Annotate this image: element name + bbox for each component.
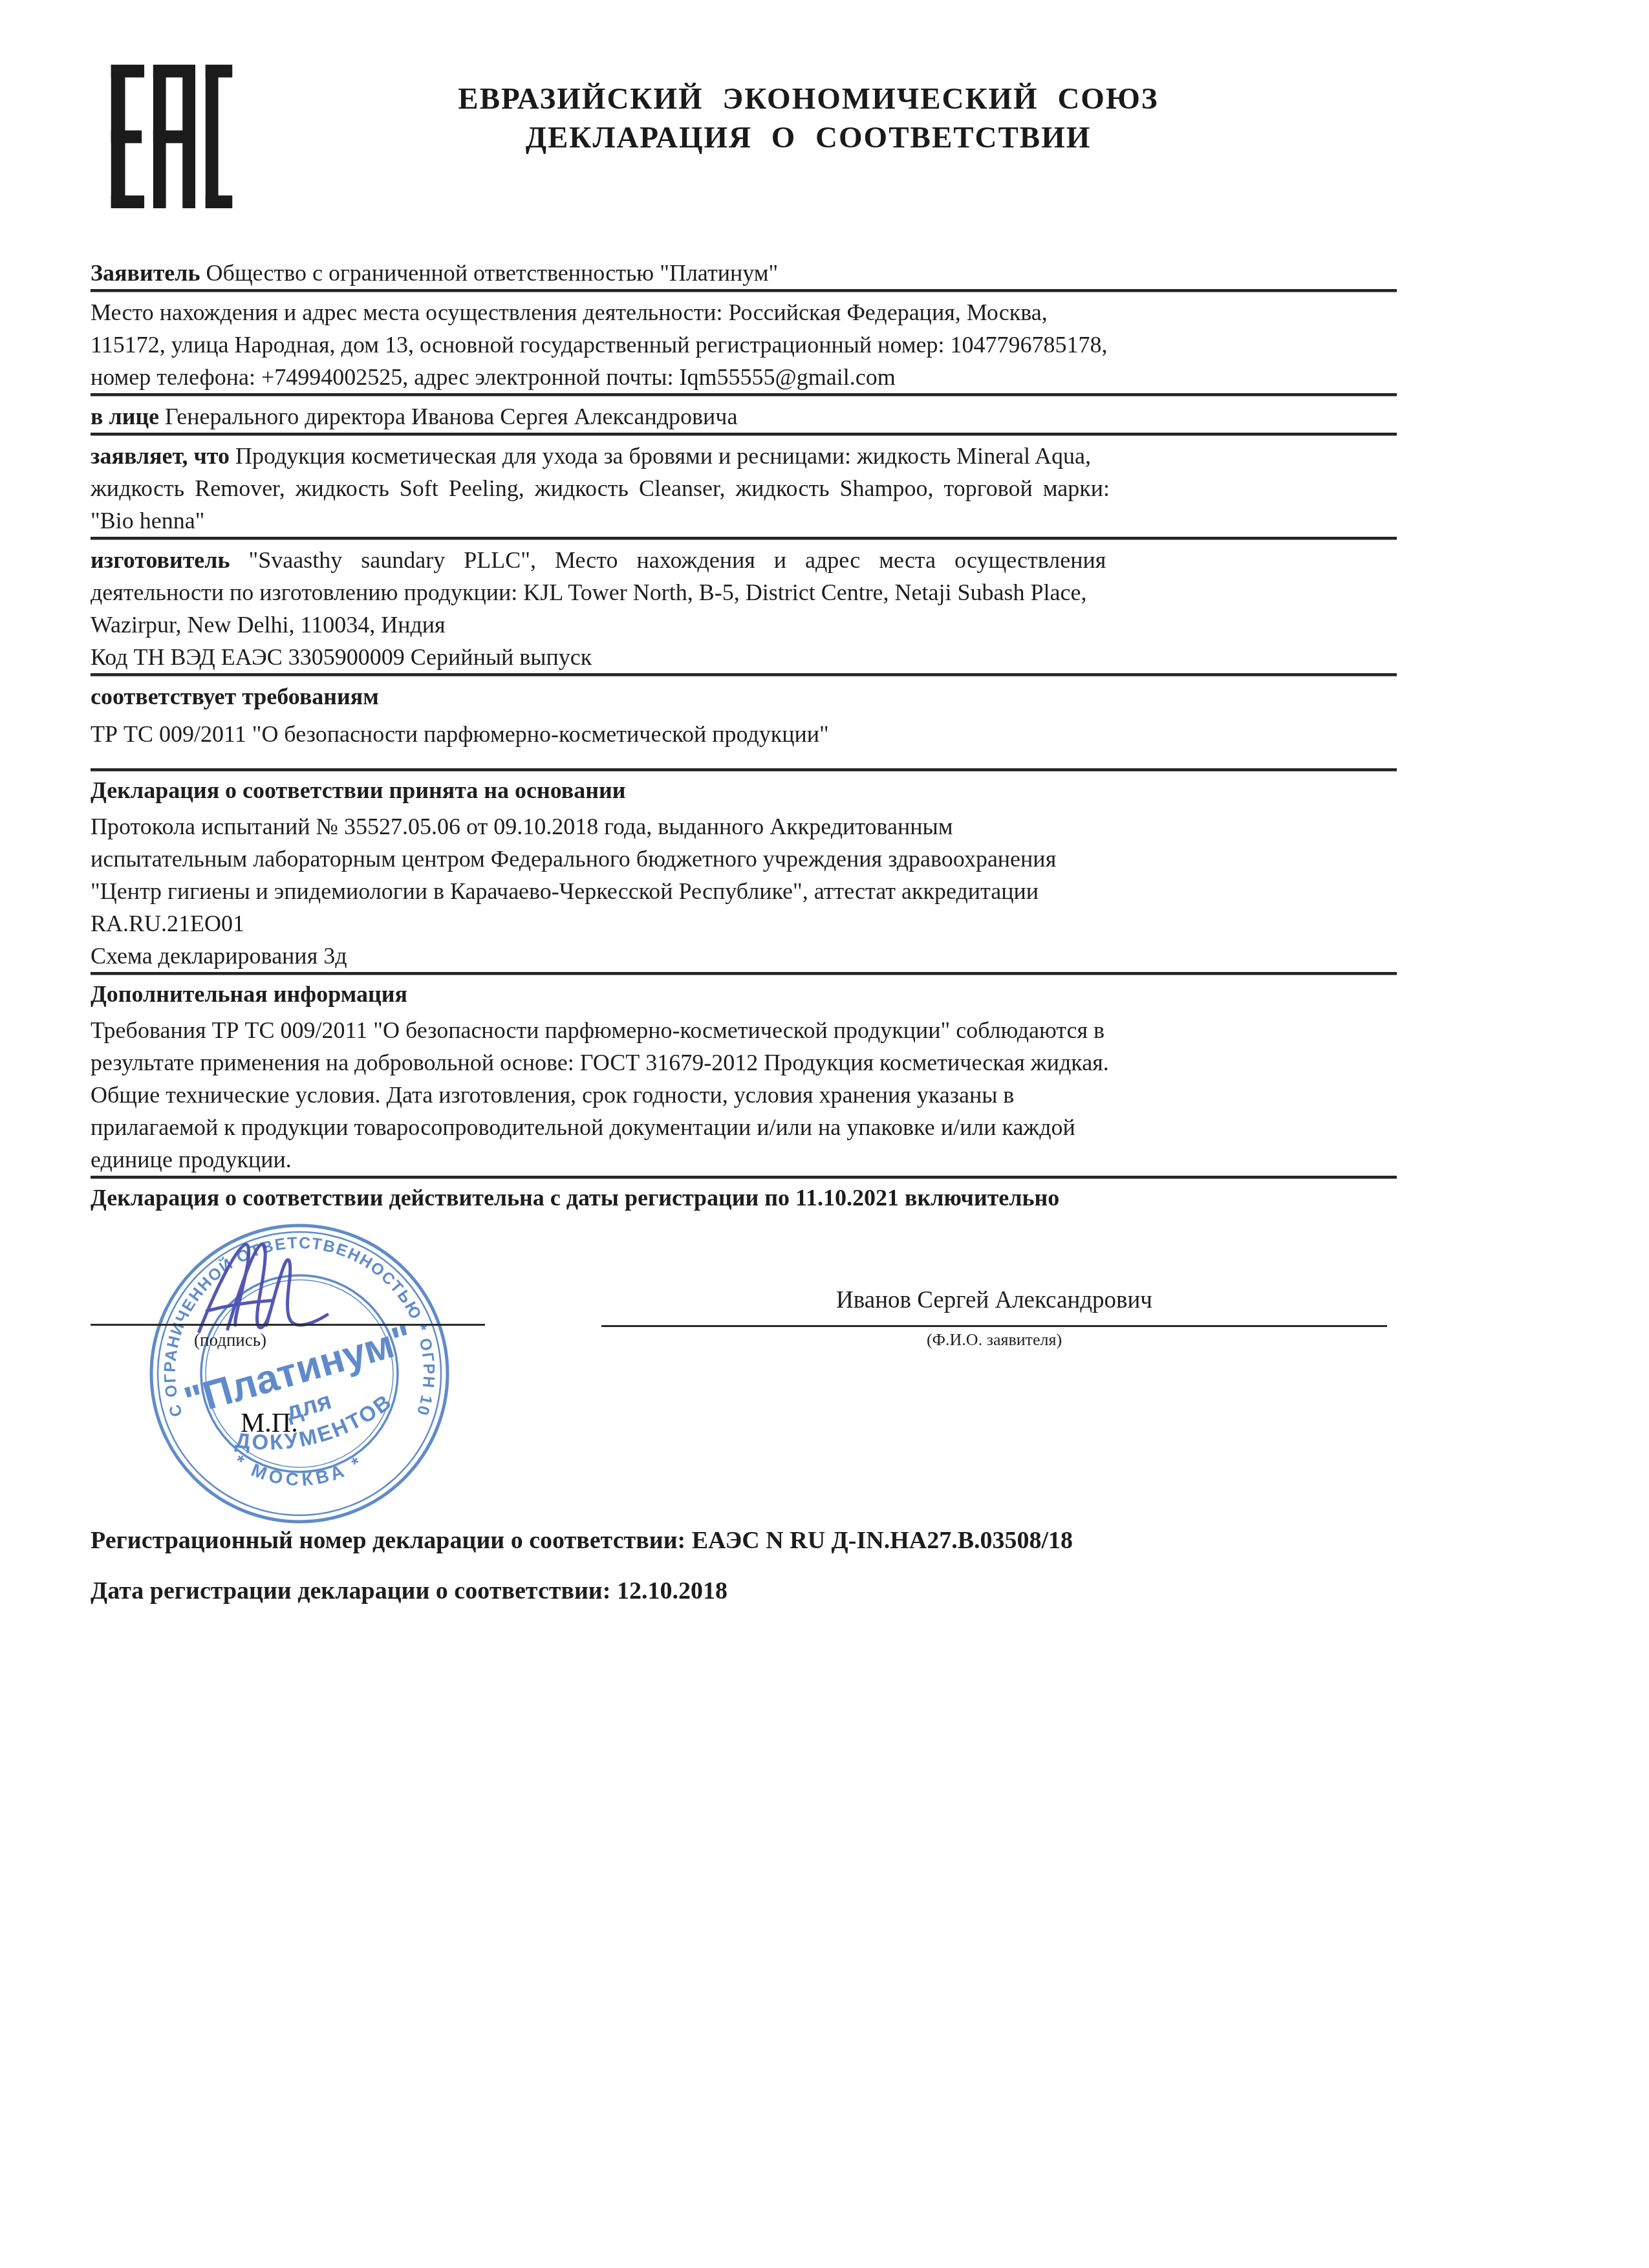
validity-line: Декларация о соответствии действительна … bbox=[91, 1182, 1397, 1214]
manufacturer-line: Wazirpur, New Delhi, 110034, Индия bbox=[91, 609, 1397, 641]
additional-info-line: единице продукции. bbox=[91, 1143, 1397, 1176]
applicant-line: Заявитель Общество с ограниченной ответс… bbox=[91, 257, 1397, 289]
declares-label: заявляет, что bbox=[91, 443, 230, 469]
section-divider bbox=[91, 972, 1397, 975]
manufacturer-line: изготовитель "Svaasthy saundary PLLC", М… bbox=[91, 544, 1397, 576]
section-divider bbox=[91, 393, 1397, 396]
additional-info-section: Требования ТР ТС 009/2011 "О безопасност… bbox=[91, 1014, 1397, 1176]
person-text: Генерального директора Иванова Сергея Ал… bbox=[159, 404, 737, 429]
signature-block: ОБЩЕСТВО С ОГРАНИЧЕННОЙ ОТВЕТСТВЕННОСТЬЮ… bbox=[91, 1214, 1397, 1524]
registration-number-line: Регистрационный номер декларации о соотв… bbox=[91, 1524, 1397, 1557]
fio-line bbox=[601, 1325, 1387, 1327]
signature-line bbox=[91, 1324, 485, 1326]
declaration-scheme: Схема декларирования 3д bbox=[91, 940, 1397, 972]
manufacturer-line: деятельности по изготовлению продукции: … bbox=[91, 576, 1397, 609]
accreditation-number: RA.RU.21ЕО01 bbox=[91, 907, 1397, 940]
tnved-code-line: Код ТН ВЭД ЕАЭС 3305900009 Серийный выпу… bbox=[91, 641, 1397, 673]
section-divider bbox=[91, 537, 1397, 540]
declares-line: жидкость Remover, жидкость Soft Peeling,… bbox=[91, 472, 1397, 504]
title-line-2: ДЕКЛАРАЦИЯ О СООТВЕТСТВИИ bbox=[259, 118, 1358, 157]
declares-line: заявляет, что Продукция косметическая дл… bbox=[91, 440, 1397, 472]
registration-date-line: Дата регистрации декларации о соответств… bbox=[91, 1575, 1397, 1607]
section-divider bbox=[91, 433, 1397, 436]
section-divider bbox=[91, 673, 1397, 676]
fio-caption: (Ф.И.О. заявителя) bbox=[601, 1330, 1387, 1350]
address-section: Место нахождения и адрес места осуществл… bbox=[91, 296, 1397, 393]
additional-info-line: прилагаемой к продукции товаросопроводит… bbox=[91, 1111, 1397, 1143]
additional-info-line: Общие технические условия. Дата изготовл… bbox=[91, 1079, 1397, 1111]
additional-info-line: результате применения на добровольной ос… bbox=[91, 1046, 1397, 1079]
basis-label: Декларация о соответствии принята на осн… bbox=[91, 774, 1397, 806]
declares-text: Продукция косметическая для ухода за бро… bbox=[230, 443, 1091, 469]
manufacturer-section: изготовитель "Svaasthy saundary PLLC", М… bbox=[91, 544, 1397, 673]
manufacturer-label: изготовитель bbox=[91, 547, 230, 573]
stamp-place-label: М.П. bbox=[241, 1408, 298, 1439]
registration-date-label: Дата регистрации декларации о соответств… bbox=[91, 1577, 610, 1604]
stamp-city-text: * МОСКВА * bbox=[231, 1451, 368, 1490]
basis-section: Протокола испытаний № 35527.05.06 от 09.… bbox=[91, 810, 1397, 972]
section-divider bbox=[91, 1176, 1397, 1179]
additional-info-line: Требования ТР ТС 009/2011 "О безопасност… bbox=[91, 1014, 1397, 1046]
document-content: ЕВРАЗИЙСКИЙ ЭКОНОМИЧЕСКИЙ СОЮЗ ДЕКЛАРАЦИ… bbox=[91, 61, 1397, 1607]
registration-number-label: Регистрационный номер декларации о соотв… bbox=[91, 1527, 685, 1554]
declares-section: заявляет, что Продукция косметическая дл… bbox=[91, 440, 1397, 537]
declaration-document-page: ЕВРАЗИЙСКИЙ ЭКОНОМИЧЕСКИЙ СОЮЗ ДЕКЛАРАЦИ… bbox=[0, 0, 1649, 2268]
document-title: ЕВРАЗИЙСКИЙ ЭКОНОМИЧЕСКИЙ СОЮЗ ДЕКЛАРАЦИ… bbox=[259, 80, 1358, 157]
section-divider bbox=[91, 289, 1397, 292]
basis-line: испытательным лабораторным центром Федер… bbox=[91, 843, 1397, 875]
registration-date-value: 12.10.2018 bbox=[610, 1577, 727, 1604]
title-line-1: ЕВРАЗИЙСКИЙ ЭКОНОМИЧЕСКИЙ СОЮЗ bbox=[259, 80, 1358, 118]
additional-info-label: Дополнительная информация bbox=[91, 978, 1397, 1010]
address-line: 115172, улица Народная, дом 13, основной… bbox=[91, 329, 1397, 361]
applicant-fio-name: Иванов Сергей Александрович bbox=[601, 1286, 1387, 1314]
signature-caption: (подпись) bbox=[194, 1330, 266, 1350]
registration-number-value: ЕАЭС N RU Д-IN.НА27.В.03508/18 bbox=[685, 1527, 1073, 1554]
person-label: в лице bbox=[91, 404, 159, 429]
address-line: номер телефона: +74994002525, адрес элек… bbox=[91, 361, 1397, 393]
basis-line: Протокола испытаний № 35527.05.06 от 09.… bbox=[91, 810, 1397, 843]
manufacturer-text: "Svaasthy saundary PLLC", Место нахожден… bbox=[230, 547, 1106, 573]
address-line: Место нахождения и адрес места осуществл… bbox=[91, 296, 1397, 329]
handwritten-signature bbox=[188, 1233, 401, 1343]
document-header: ЕВРАЗИЙСКИЙ ЭКОНОМИЧЕСКИЙ СОЮЗ ДЕКЛАРАЦИ… bbox=[91, 61, 1397, 210]
section-divider bbox=[91, 768, 1397, 772]
eac-mark-icon bbox=[109, 65, 235, 208]
person-line: в лице Генерального директора Иванова Се… bbox=[91, 400, 1397, 433]
declares-line: "Bio henna" bbox=[91, 504, 1397, 537]
compliance-label: соответствует требованиям bbox=[91, 680, 1397, 713]
applicant-text: Общество с ограниченной ответственностью… bbox=[200, 260, 779, 286]
compliance-text: ТР ТС 009/2011 "О безопасности парфюмерн… bbox=[91, 718, 1397, 750]
basis-line: "Центр гигиены и эпидемиологии в Карачае… bbox=[91, 875, 1397, 907]
applicant-label: Заявитель bbox=[91, 260, 200, 286]
